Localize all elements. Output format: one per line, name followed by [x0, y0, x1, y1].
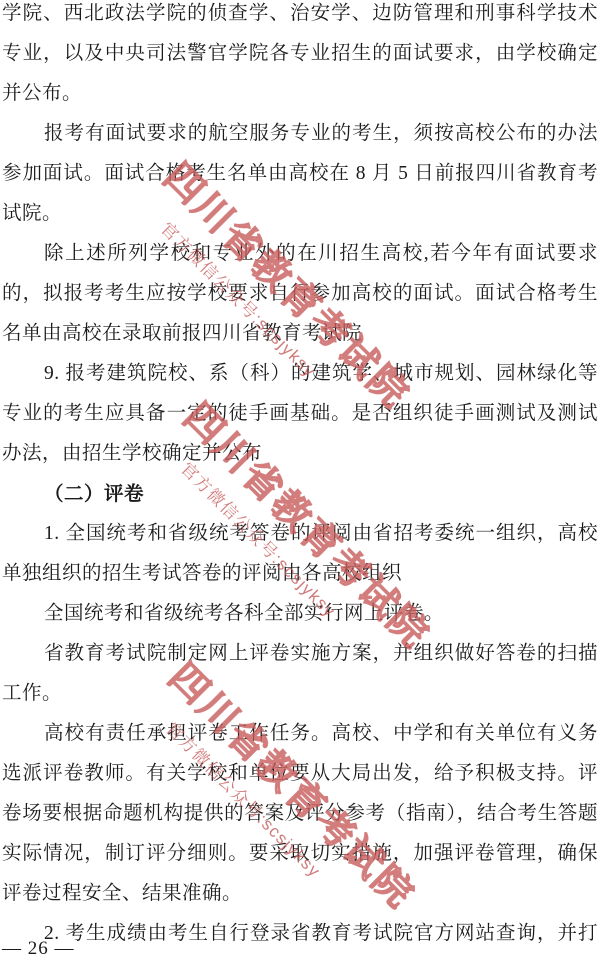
text-line: （二）评卷	[2, 474, 598, 514]
text-line: 专业的考生应具备一定的徒手画基础。是否组织徒手画测试及测试	[2, 394, 598, 434]
text-line: 9. 报考建筑院校、系（科）的建筑学、城市规划、园林绿化等	[2, 354, 598, 394]
text-line: 并公布。	[2, 74, 598, 114]
document-page: 学院、西北政法学院的侦查学、治安学、边防管理和刑事科学技术专业，以及中央司法警官…	[0, 0, 600, 965]
text-line: 专业，以及中央司法警官学院各专业招生的面试要求，由学校确定	[2, 34, 598, 74]
text-line: 省教育考试院制定网上评卷实施方案，并组织做好答卷的扫描	[2, 634, 598, 674]
text-line: 的，拟报考考生应按学校要求自行参加高校的面试。面试合格考生	[2, 274, 598, 314]
text-line: 高校有责任承担评卷工作任务。高校、中学和有关单位有义务	[2, 714, 598, 754]
text-line: 工作。	[2, 674, 598, 714]
text-line: 除上述所列学校和专业外的在川招生高校,若今年有面试要求	[2, 234, 598, 274]
text-line: 单独组织的招生考试答卷的评阅由各高校组织	[2, 554, 598, 594]
text-line: 1. 全国统考和省级统考答卷的评阅由省招考委统一组织，高校	[2, 514, 598, 554]
text-line: 学院、西北政法学院的侦查学、治安学、边防管理和刑事科学技术	[2, 0, 598, 34]
text-line: 全国统考和省级统考各科全部实行网上评卷。	[2, 594, 598, 634]
text-line: 卷场要根据命题机构提供的答案及评分参考（指南），结合考生答题	[2, 794, 598, 834]
text-line: 评卷过程安全、结果准确。	[2, 874, 598, 914]
text-line: 试院。	[2, 194, 598, 234]
document-text: 学院、西北政法学院的侦查学、治安学、边防管理和刑事科学技术专业，以及中央司法警官…	[0, 0, 600, 954]
page-number: — 26 —	[2, 938, 75, 960]
text-line: 2. 考生成绩由考生自行登录省教育考试院官方网站查询，并打	[2, 914, 598, 954]
text-line: 参加面试。面试合格考生名单由高校在 8 月 5 日前报四川省教育考	[2, 154, 598, 194]
text-line: 选派评卷教师。有关学校和单位要从大局出发，给予积极支持。评	[2, 754, 598, 794]
text-line: 办法，由招生学校确定并公布	[2, 434, 598, 474]
text-line: 报考有面试要求的航空服务专业的考生，须按高校公布的办法	[2, 114, 598, 154]
text-line: 名单由高校在录取前报四川省教育考试院	[2, 314, 598, 354]
text-line: 实际情况，制订评分细则。要采取切实措施，加强评卷管理，确保	[2, 834, 598, 874]
